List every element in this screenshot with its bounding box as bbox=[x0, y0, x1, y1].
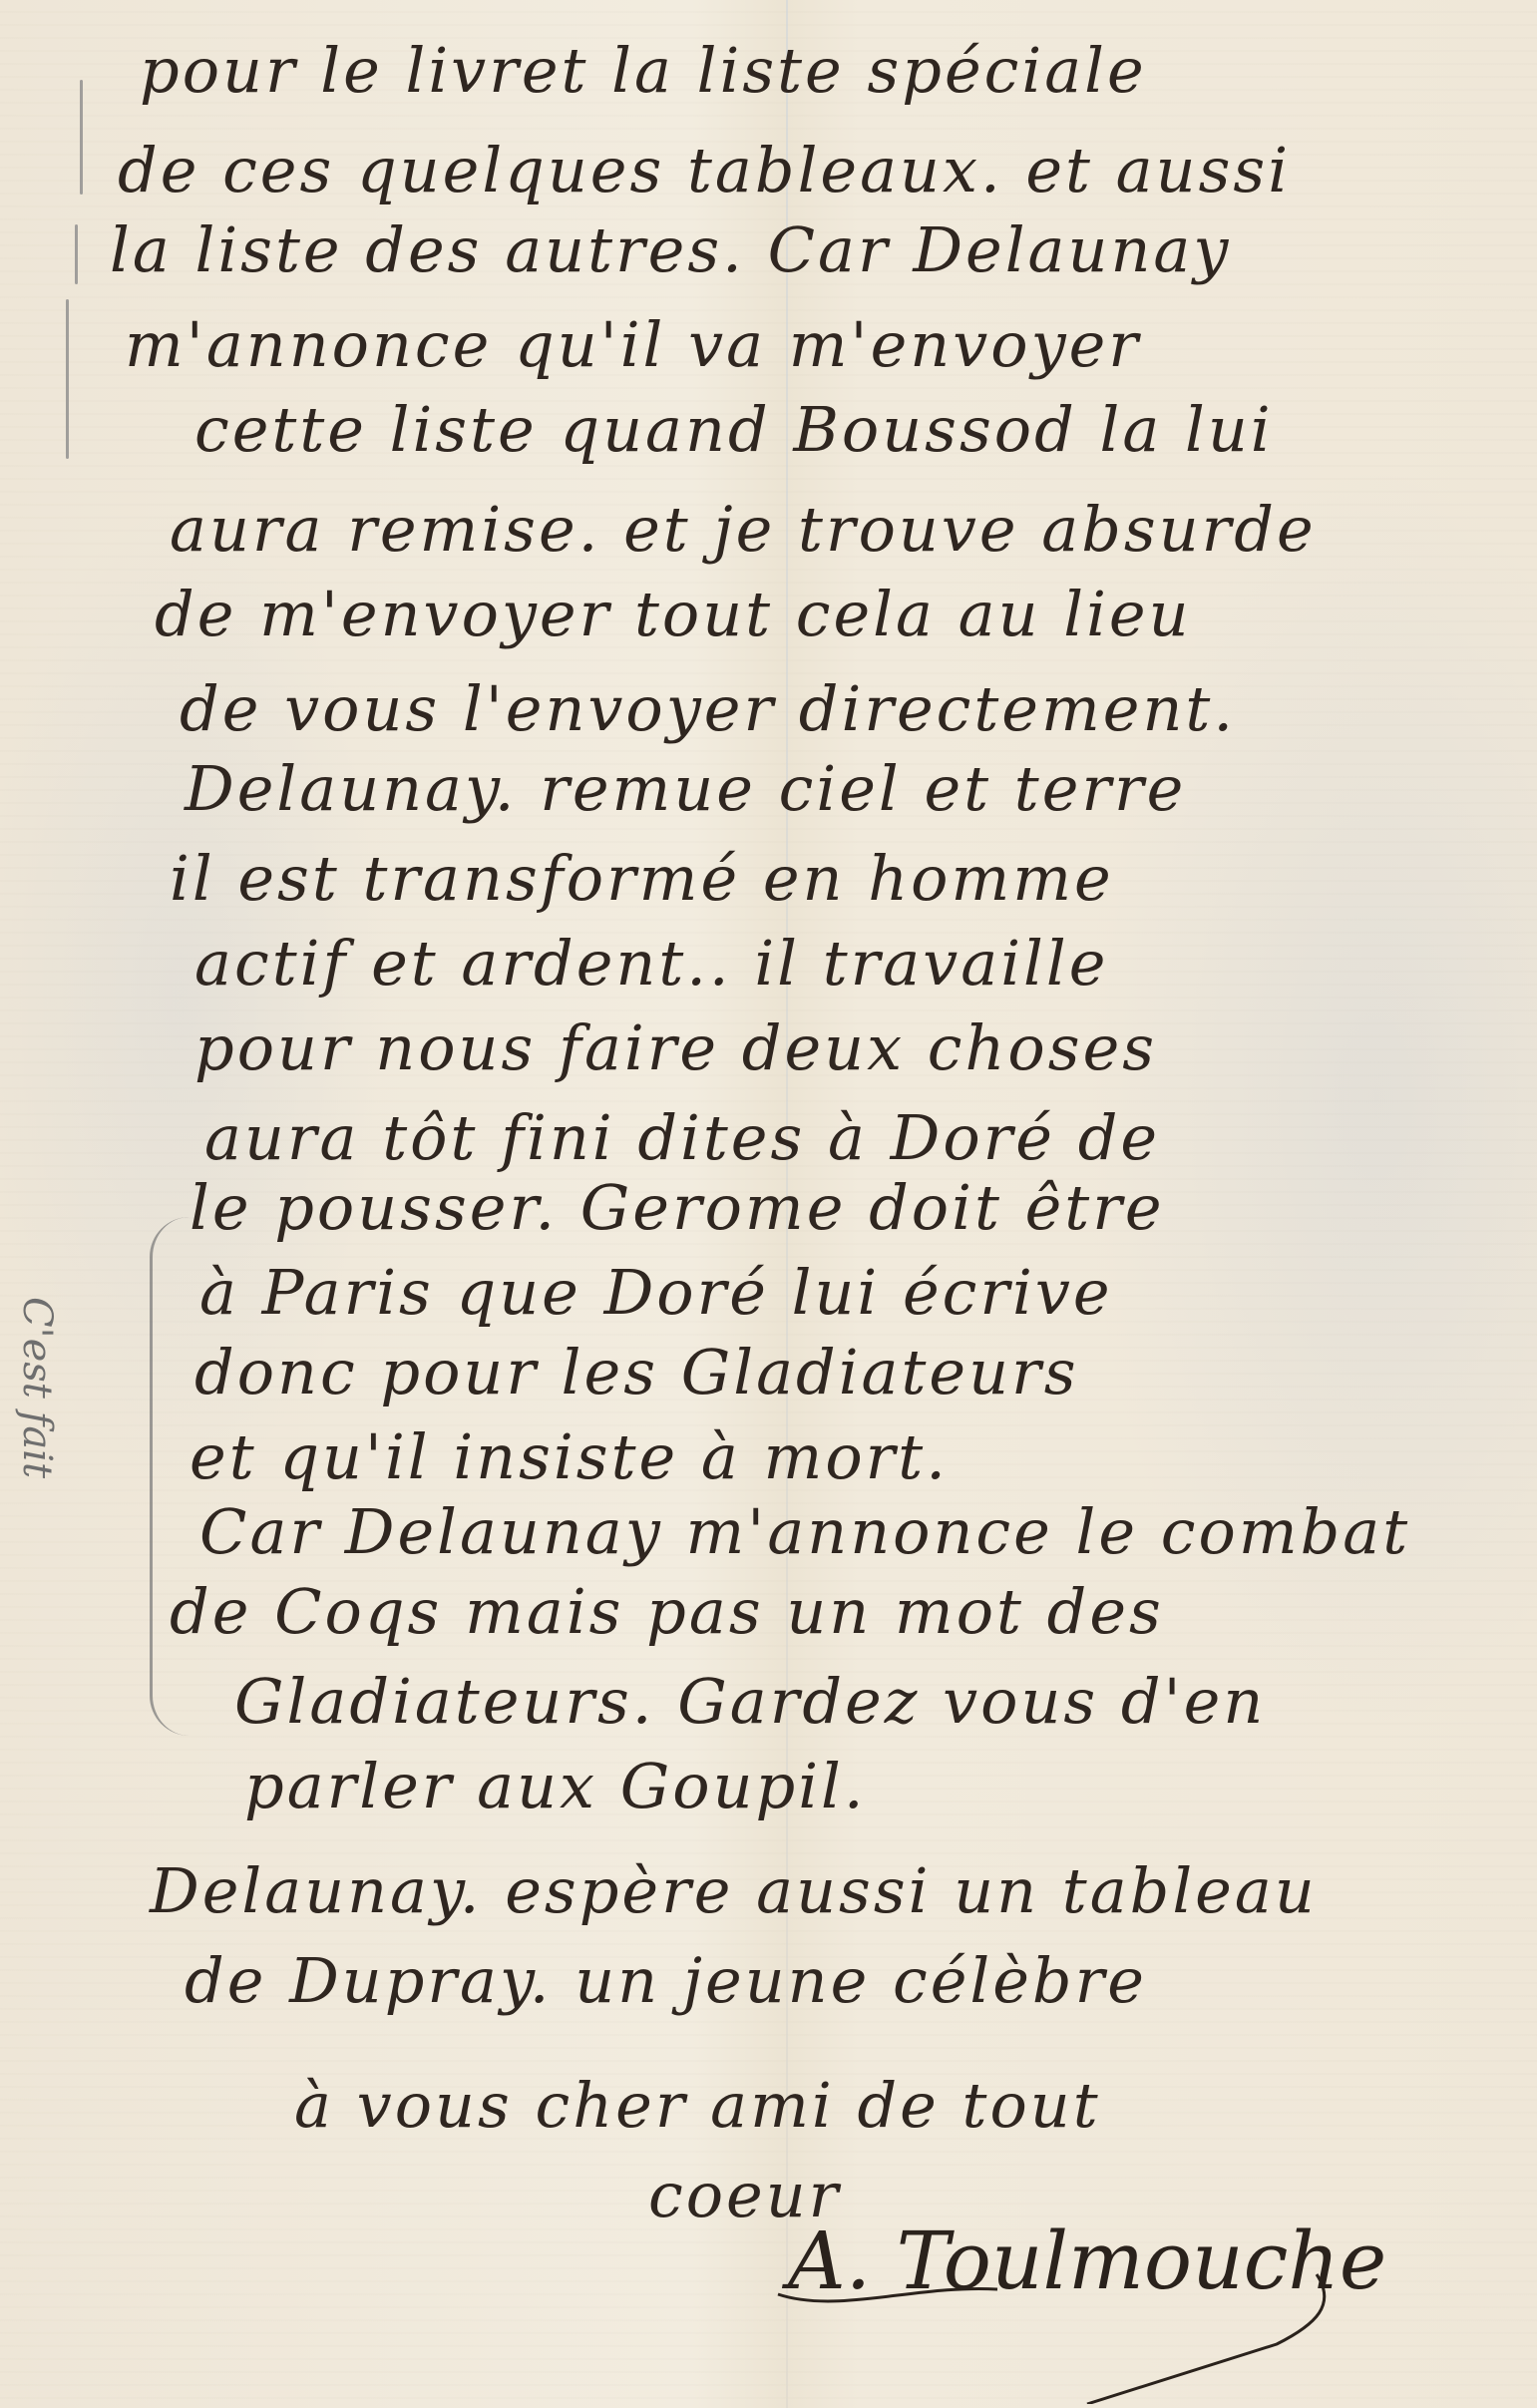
letter-line: Delaunay. remue ciel et terre bbox=[185, 758, 1186, 820]
letter-line: la liste des autres. Car Delaunay bbox=[110, 219, 1231, 281]
letter-line: de m'envoyer tout cela au lieu bbox=[155, 584, 1192, 645]
letter-line: actif et ardent.. il travaille bbox=[194, 933, 1108, 995]
letter-line: parler aux Goupil. bbox=[244, 1756, 867, 1817]
letter-line: de vous l'envoyer directement. bbox=[180, 678, 1236, 740]
letter-line: donc pour les Gladiateurs bbox=[194, 1342, 1079, 1404]
letter-line: il est transformé en homme bbox=[170, 848, 1114, 910]
letter-line: de ces quelques tableaux. et aussi bbox=[118, 140, 1291, 201]
letter-line: m'annonce qu'il va m'envoyer bbox=[125, 314, 1141, 376]
letter-line: Gladiateurs. Gardez vous d'en bbox=[234, 1671, 1266, 1733]
letter-line: et qu'il insiste à mort. bbox=[190, 1426, 949, 1488]
signature-flourish bbox=[758, 2254, 1356, 2404]
letter-line: Delaunay. espère aussi un tableau bbox=[150, 1860, 1318, 1922]
letter-line: aura remise. et je trouve absurde bbox=[170, 499, 1317, 561]
letter-line: à vous cher ami de tout bbox=[294, 2075, 1101, 2137]
letter-line: le pousser. Gerome doit être bbox=[190, 1177, 1165, 1239]
letter-line: pour nous faire deux choses bbox=[194, 1017, 1157, 1079]
letter-body: pour le livret la liste spéciale de ces … bbox=[0, 0, 1537, 2408]
letter-line: Car Delaunay m'annonce le combat bbox=[199, 1501, 1410, 1563]
letter-line: de Dupray. un jeune célèbre bbox=[185, 1950, 1147, 2012]
letter-line: aura tôt fini dites à Doré de bbox=[204, 1107, 1160, 1169]
letter-line: à Paris que Doré lui écrive bbox=[199, 1262, 1113, 1324]
letter-line: de Coqs mais pas un mot des bbox=[170, 1581, 1164, 1643]
letter-line: cette liste quand Boussod la lui bbox=[194, 399, 1274, 461]
letter-line: pour le livret la liste spéciale bbox=[140, 40, 1147, 102]
